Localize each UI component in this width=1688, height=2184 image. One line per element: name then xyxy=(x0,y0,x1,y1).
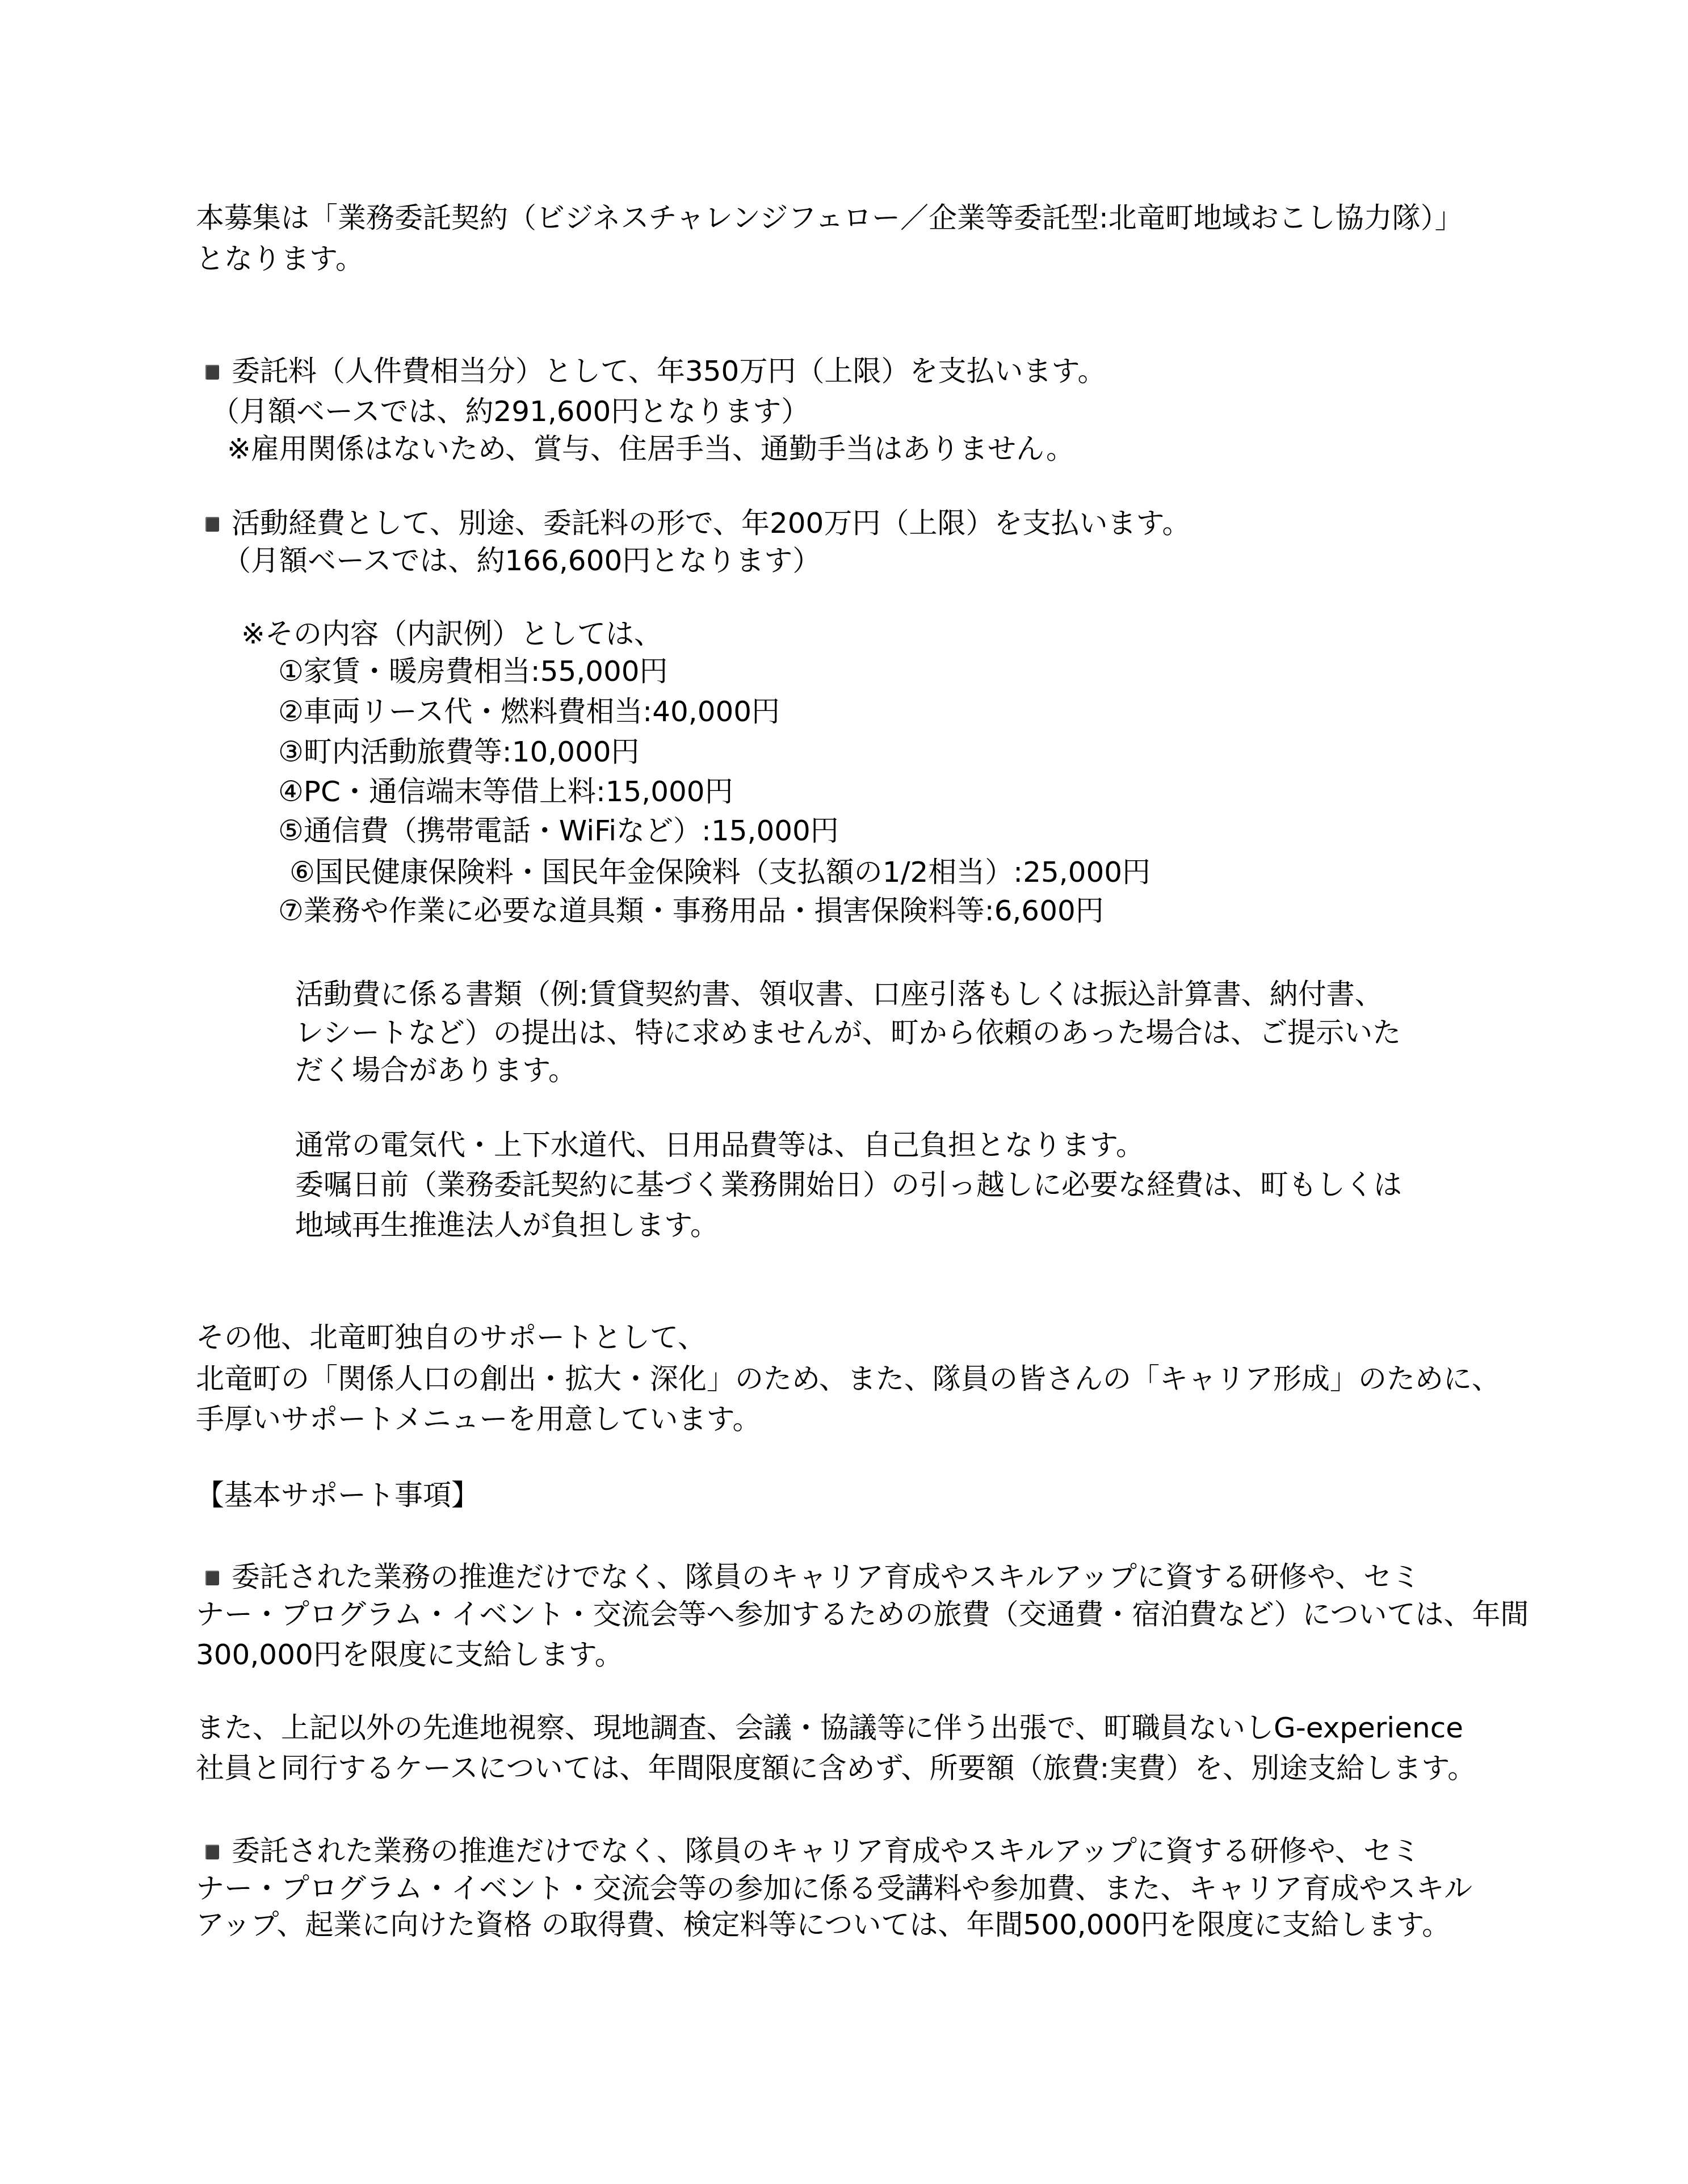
breakdown-item-1: ①家賃・暖房費相当:55,000円 xyxy=(278,653,668,689)
basic-support-heading: 【基本サポート事項】 xyxy=(196,1477,480,1513)
breakdown-title: ※その内容（内訳例）としては、 xyxy=(241,616,662,652)
intro-line-2: となります。 xyxy=(196,241,364,277)
expense-monthly: （月額ベースでは、約166,600円となります） xyxy=(222,542,821,579)
square-bullet-icon xyxy=(205,1845,219,1859)
travel-bullet-line-3: 300,000円を限度に支給します。 xyxy=(196,1636,623,1673)
self-pay-note-2: 委嘱日前（業務委託契約に基づく業務開始日）の引っ越しに必要な経費は、町もしくは xyxy=(295,1167,1402,1203)
fee-note: ※雇用関係はないため、賞与、住居手当、通勤手当はありません。 xyxy=(227,431,1074,467)
breakdown-item-3: ③町内活動旅費等:10,000円 xyxy=(278,734,640,770)
square-bullet-icon xyxy=(205,365,219,380)
support-intro-1: その他、北竜町独自のサポートとして、 xyxy=(196,1319,706,1356)
fee-bullet-line: 委託料（人件費相当分）として、年350万円（上限）を支払います。 xyxy=(205,353,1106,389)
travel-bullet-line-2: ナー・プログラム・イベント・交流会等へ参加するための旅費（交通費・宿泊費など）に… xyxy=(196,1596,1529,1632)
travel-text-1: 委託された業務の推進だけでなく、隊員のキャリア育成やスキルアップに資する研修や、… xyxy=(232,1560,1420,1593)
travel-extra-1: また、上記以外の先進地視察、現地調査、会議・協議等に伴う出張で、町職員ないしG-… xyxy=(196,1710,1463,1746)
square-bullet-icon xyxy=(205,517,219,532)
documents-note-2: レシートなど）の提出は、特に求めませんが、町から依頼のあった場合は、ご提示いた xyxy=(295,1015,1401,1051)
fee-monthly: （月額ベースでは、約291,600円となります） xyxy=(211,393,809,430)
breakdown-item-7: ⑦業務や作業に必要な道具類・事務用品・損害保険料等:6,600円 xyxy=(278,893,1104,929)
fee-support-text-1: 委託された業務の推進だけでなく、隊員のキャリア育成やスキルアップに資する研修や、… xyxy=(232,1834,1420,1867)
breakdown-item-2: ②車両リース代・燃料費相当:40,000円 xyxy=(278,693,780,730)
travel-bullet-line-1: 委託された業務の推進だけでなく、隊員のキャリア育成やスキルアップに資する研修や、… xyxy=(205,1559,1420,1595)
documents-note-3: だく場合があります。 xyxy=(295,1052,577,1088)
square-bullet-icon xyxy=(205,1571,219,1585)
breakdown-item-4: ④PC・通信端末等借上料:15,000円 xyxy=(278,773,733,810)
expense-text: 活動経費として、別途、委託料の形で、年200万円（上限）を支払います。 xyxy=(232,507,1190,540)
support-intro-3: 手厚いサポートメニューを用意しています。 xyxy=(196,1401,761,1437)
support-intro-2: 北竜町の「関係人口の創出・拡大・深化」のため、また、隊員の皆さんの「キャリア形成… xyxy=(196,1361,1500,1397)
fee-support-bullet-line-3: アップ、起業に向けた資格 の取得費、検定料等については、年間500,000円を限… xyxy=(196,1907,1450,1943)
fee-text: 委託料（人件費相当分）として、年350万円（上限）を支払います。 xyxy=(232,355,1106,388)
self-pay-note-1: 通常の電気代・上下水道代、日用品費等は、自己負担となります。 xyxy=(295,1127,1144,1163)
travel-extra-2: 社員と同行するケースについては、年間限度額に含めず、所要額（旅費:実費）を、別途… xyxy=(196,1750,1476,1786)
breakdown-item-5: ⑤通信費（携帯電話・WiFiなど）:15,000円 xyxy=(278,813,839,849)
expense-bullet-line: 活動経費として、別途、委託料の形で、年200万円（上限）を支払います。 xyxy=(205,505,1190,541)
self-pay-note-3: 地域再生推進法人が負担します。 xyxy=(295,1207,719,1243)
fee-support-bullet-line-1: 委託された業務の推進だけでなく、隊員のキャリア育成やスキルアップに資する研修や、… xyxy=(205,1833,1420,1869)
fee-support-bullet-line-2: ナー・プログラム・イベント・交流会等の参加に係る受講料や参加費、また、キャリア育… xyxy=(196,1870,1472,1907)
breakdown-item-6: ⑥国民健康保険料・国民年金保険料（支払額の1/2相当）:25,000円 xyxy=(289,854,1150,890)
documents-note-1: 活動費に係る書類（例:賃貸契約書、領収書、口座引落もしくは振込計算書、納付書、 xyxy=(295,976,1383,1012)
intro-line-1: 本募集は「業務委託契約（ビジネスチャレンジフェロー／企業等委託型:北竜町地域おこ… xyxy=(196,200,1463,236)
